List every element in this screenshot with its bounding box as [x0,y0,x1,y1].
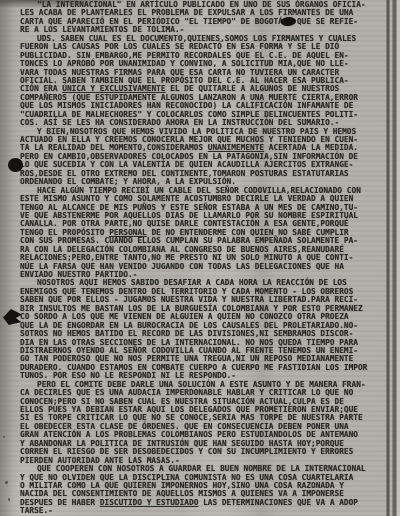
text-line: DESPUES DE HABER DISCUTIDO Y ESTUDIADO L… [20,499,388,507]
paragraph: HACE ALGÚN TIEMPO RECIBÍ UN CABLE DEL SE… [20,187,388,280]
paragraph: Y BIEN,NOSOTROS QUE HEMOS VIVIDO LA POLI… [20,128,388,187]
scanned-page: { "colors": { "paper": "#b1aea8", "ink":… [0,0,400,516]
document-scan: "LA INTERNACIONAL" EN ARTÍCULO PUBLICADO… [0,0,400,516]
ink-speck [5,481,8,484]
ink-blob-round [8,158,23,172]
paragraph: PERO EL COMITE DEBE DARLE UNA SOLUCIÓN A… [20,381,388,465]
ink-speck [8,498,10,501]
paragraph: QUE COOPEREN CON NOSOTROS A GUARDAR EL B… [20,465,388,516]
document-text: "LA INTERNACIONAL" EN ARTÍCULO PUBLICADO… [20,1,388,516]
text-line: TARSE.- [20,507,388,515]
paragraph: UDS. SABEN CUAL ES EL DOCUMENTO,QUIENES,… [20,35,388,128]
paragraph: NOSOTROS AQUI HEMOS SABIDO DESAFIAR A CA… [20,279,388,380]
ink-speck [3,436,5,438]
paragraph: "LA INTERNACIONAL" EN ARTÍCULO PUBLICADO… [20,1,388,35]
